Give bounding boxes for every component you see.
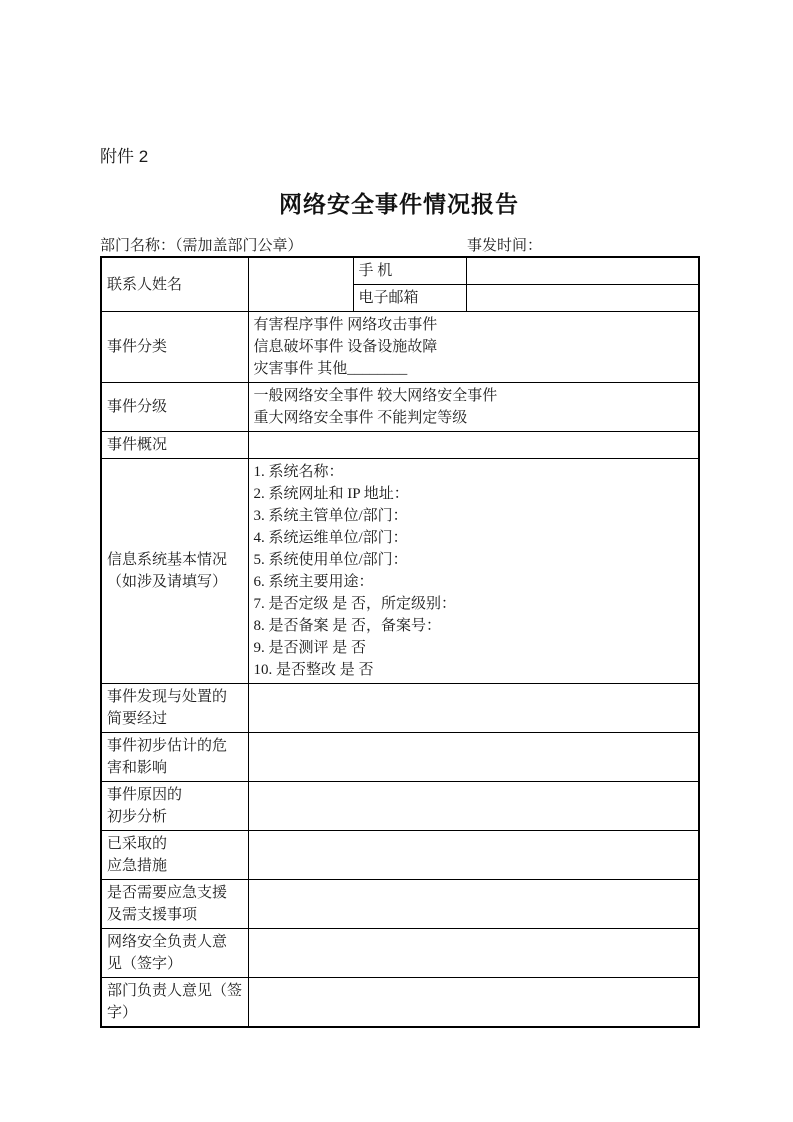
department-head-label: 部门负责人意见（签 字） [101, 978, 248, 1028]
impact-field[interactable] [248, 733, 699, 782]
phone-field[interactable] [466, 257, 699, 285]
table-row: 网络安全负责人意 见（签字） [101, 929, 699, 978]
email-field[interactable] [466, 285, 699, 312]
system-info-label: 信息系统基本情况 （如涉及请填写） [101, 459, 248, 684]
discovery-field[interactable] [248, 684, 699, 733]
measures-field[interactable] [248, 831, 699, 880]
classification-label: 事件分类 [101, 312, 248, 383]
table-row: 事件原因的 初步分析 [101, 782, 699, 831]
table-row: 事件发现与处置的 简要经过 [101, 684, 699, 733]
table-row: 是否需要应急支援 及需支援事项 [101, 880, 699, 929]
table-row: 已采取的 应急措施 [101, 831, 699, 880]
incident-report-table: 联系人姓名 手 机 电子邮箱 事件分类 有害程序事件 网络攻击事件 信息破坏事件… [100, 256, 700, 1028]
classification-options: 有害程序事件 网络攻击事件 信息破坏事件 设备设施故障 灾害事件 其他_____… [248, 312, 699, 383]
contact-name-label: 联系人姓名 [101, 257, 248, 312]
incident-time-label: 事发时间： [467, 236, 542, 256]
table-row: 事件分类 有害程序事件 网络攻击事件 信息破坏事件 设备设施故障 灾害事件 其他… [101, 312, 699, 383]
support-label: 是否需要应急支援 及需支援事项 [101, 880, 248, 929]
document-body: 附件 2 网络安全事件情况报告 部门名称：（需加盖部门公章） 事发时间： 联系人… [100, 147, 698, 1028]
overview-field[interactable] [248, 432, 699, 459]
cause-label: 事件原因的 初步分析 [101, 782, 248, 831]
grading-label: 事件分级 [101, 383, 248, 432]
report-page: 附件 2 网络安全事件情况报告 部门名称：（需加盖部门公章） 事发时间： 联系人… [0, 0, 793, 1122]
table-row: 联系人姓名 手 机 [101, 257, 699, 285]
table-row: 事件分级 一般网络安全事件 较大网络安全事件 重大网络安全事件 不能判定等级 [101, 383, 699, 432]
email-label: 电子邮箱 [353, 285, 466, 312]
support-field[interactable] [248, 880, 699, 929]
cause-field[interactable] [248, 782, 699, 831]
department-head-signature-field[interactable] [248, 978, 699, 1028]
overview-label: 事件概况 [101, 432, 248, 459]
security-officer-signature-field[interactable] [248, 929, 699, 978]
contact-name-field[interactable] [248, 257, 353, 312]
grading-options: 一般网络安全事件 较大网络安全事件 重大网络安全事件 不能判定等级 [248, 383, 699, 432]
system-info-checklist: 1. 系统名称： 2. 系统网址和 IP 地址： 3. 系统主管单位/部门： 4… [248, 459, 699, 684]
measures-label: 已采取的 应急措施 [101, 831, 248, 880]
table-row: 信息系统基本情况 （如涉及请填写） 1. 系统名称： 2. 系统网址和 IP 地… [101, 459, 699, 684]
discovery-label: 事件发现与处置的 简要经过 [101, 684, 248, 733]
attachment-label: 附件 2 [100, 147, 698, 167]
table-row: 部门负责人意见（签 字） [101, 978, 699, 1028]
table-row: 事件概况 [101, 432, 699, 459]
department-name-label: 部门名称：（需加盖部门公章） [100, 238, 303, 254]
impact-label: 事件初步估计的危 害和影响 [101, 733, 248, 782]
meta-line: 部门名称：（需加盖部门公章） 事发时间： [100, 236, 698, 256]
page-title: 网络安全事件情况报告 [100, 191, 698, 219]
table-row: 事件初步估计的危 害和影响 [101, 733, 699, 782]
security-officer-label: 网络安全负责人意 见（签字） [101, 929, 248, 978]
phone-label: 手 机 [353, 257, 466, 285]
